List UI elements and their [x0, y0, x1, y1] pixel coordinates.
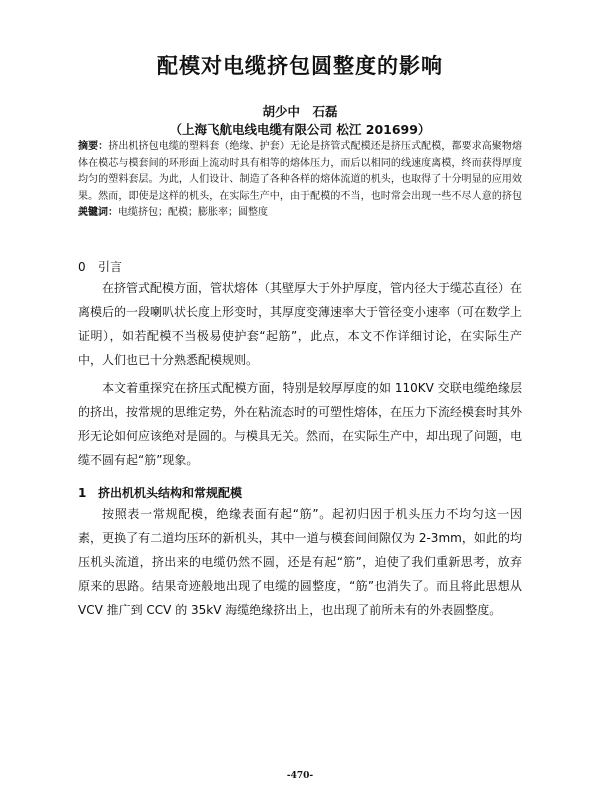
section-heading-0: 0引言	[78, 258, 122, 275]
authors: 胡少中 石磊	[0, 102, 600, 120]
abstract-label: 摘要：	[78, 141, 108, 152]
paragraph: 在挤管式配模方面，管状熔体（其壁厚大于外护厚度，管内径大于缆芯直径）在离模后的一…	[78, 276, 522, 372]
section-heading-1: 1挤出机机头结构和常规配模	[78, 484, 242, 501]
section-number: 1	[78, 486, 98, 500]
section-title: 挤出机机头结构和常规配模	[98, 486, 242, 500]
page-number: -470-	[0, 771, 600, 781]
paper-page: 配模对电缆挤包圆整度的影响 胡少中 石磊 （上海飞航电线电缆有限公司 松江 20…	[0, 0, 600, 786]
paper-title: 配模对电缆挤包圆整度的影响	[0, 50, 600, 80]
section-number: 0	[78, 260, 98, 274]
paragraph: 按照表一常规配模，绝缘表面有起“筋”。起初归因于机头压力不均匀这一因素，更换了有…	[78, 502, 522, 622]
keywords-text: 电缆挤包；配模；膨胀率；圆整度	[118, 207, 268, 218]
keywords: 关键词：电缆挤包；配模；膨胀率；圆整度	[78, 205, 522, 221]
section-title: 引言	[98, 260, 122, 274]
keywords-label: 关键词：	[78, 207, 118, 218]
paragraph: 本文着重探究在挤压式配模方面，特别是较厚厚度的如 110KV 交联电缆绝缘层的挤…	[78, 376, 522, 472]
affiliation: （上海飞航电线电缆有限公司 松江 201699）	[0, 120, 600, 138]
